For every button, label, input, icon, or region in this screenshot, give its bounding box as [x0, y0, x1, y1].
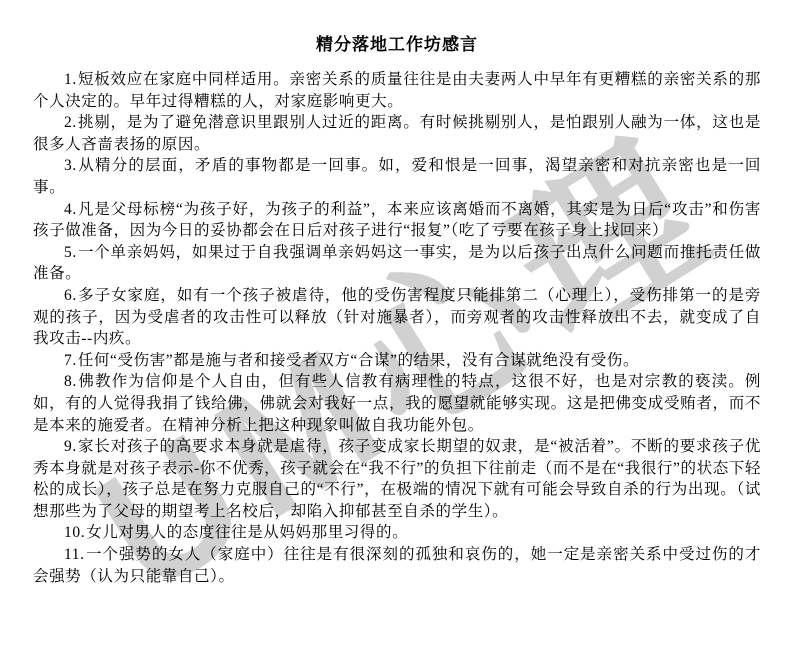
paragraph-4-number: 4. [64, 201, 78, 218]
paragraph-6: 6.多子女家庭，如有一个孩子被虐待，他的受伤害程度只能排第二（心理上），受伤排第… [33, 285, 761, 350]
paragraph-11-text: 一个强势的女人（家庭中）往往是有很深刻的孤独和哀伤的，她一定是亲密关系中受过伤的… [33, 546, 761, 585]
paragraph-10-text: 女儿对男人的态度往往是从妈妈那里习得的。 [86, 524, 408, 541]
paragraph-2-number: 2. [64, 114, 78, 131]
paragraph-11: 11.一个强势的女人（家庭中）往往是有很深刻的孤独和哀伤的，她一定是亲密关系中受… [33, 544, 761, 587]
document-page: UM心理 精分落地工作坊感言 1.短板效应在家庭中同样适用。亲密关系的质量往往是… [0, 0, 794, 645]
paragraph-5: 5.一个单亲妈妈，如果过于自我强调单亲妈妈这一事实，是为以后孩子出点什么问题而推… [33, 242, 761, 285]
paragraph-9-text: 家长对孩子的高要求本身就是虐待，孩子变成家长期望的奴隶，是“被活着”。不断的要求… [33, 438, 761, 520]
paragraph-7-text: 任何“受伤害”都是施与者和接受者双方“合谋”的结果，没有合谋就绝没有受伤。 [78, 352, 639, 369]
paragraph-1: 1.短板效应在家庭中同样适用。亲密关系的质量往往是由夫妻两人中早年有更糟糕的亲密… [33, 69, 761, 112]
paragraph-9-number: 9. [64, 438, 78, 455]
paragraph-1-text: 短板效应在家庭中同样适用。亲密关系的质量往往是由夫妻两人中早年有更糟糕的亲密关系… [33, 71, 761, 110]
paragraph-4-text: 凡是父母标榜“为孩子好，为孩子的利益”，本来应该离婚而不离婚，其实是为日后“攻击… [33, 201, 761, 240]
document-body: 1.短板效应在家庭中同样适用。亲密关系的质量往往是由夫妻两人中早年有更糟糕的亲密… [0, 69, 794, 587]
document-title: 精分落地工作坊感言 [0, 30, 794, 55]
paragraph-9: 9.家长对孩子的高要求本身就是虐待，孩子变成家长期望的奴隶，是“被活着”。不断的… [33, 436, 761, 522]
paragraph-8-text: 佛教作为信仰是个人自由，但有些人信教有病理性的特点，这很不好，也是对宗教的亵渎。… [33, 373, 761, 433]
paragraph-2: 2.挑剔，是为了避免潜意识里跟别人过近的距离。有时候挑剔别人，是怕跟别人融为一体… [33, 112, 761, 155]
paragraph-7-number: 7. [64, 352, 78, 369]
paragraph-3-number: 3. [64, 157, 78, 174]
paragraph-5-number: 5. [64, 244, 78, 261]
paragraph-8-number: 8. [64, 373, 78, 390]
paragraph-4: 4.凡是父母标榜“为孩子好，为孩子的利益”，本来应该离婚而不离婚，其实是为日后“… [33, 199, 761, 242]
paragraph-10-number: 10. [64, 524, 86, 541]
paragraph-8: 8.佛教作为信仰是个人自由，但有些人信教有病理性的特点，这很不好，也是对宗教的亵… [33, 371, 761, 436]
paragraph-2-text: 挑剔，是为了避免潜意识里跟别人过近的距离。有时候挑剔别人，是怕跟别人融为一体，这… [33, 114, 761, 153]
paragraph-3-text: 从精分的层面，矛盾的事物都是一回事。如，爱和恨是一回事，渴望亲密和对抗亲密也是一… [33, 157, 761, 196]
paragraph-5-text: 一个单亲妈妈，如果过于自我强调单亲妈妈这一事实，是为以后孩子出点什么问题而推托责… [33, 244, 761, 283]
paragraph-6-number: 6. [64, 287, 78, 304]
paragraph-11-number: 11. [64, 546, 86, 563]
paragraph-3: 3.从精分的层面，矛盾的事物都是一回事。如，爱和恨是一回事，渴望亲密和对抗亲密也… [33, 155, 761, 198]
paragraph-6-text: 多子女家庭，如有一个孩子被虐待，他的受伤害程度只能排第二（心理上），受伤排第一的… [33, 287, 761, 347]
paragraph-1-number: 1. [64, 71, 78, 88]
paragraph-10: 10.女儿对男人的态度往往是从妈妈那里习得的。 [33, 522, 761, 544]
paragraph-7: 7.任何“受伤害”都是施与者和接受者双方“合谋”的结果，没有合谋就绝没有受伤。 [33, 350, 761, 372]
